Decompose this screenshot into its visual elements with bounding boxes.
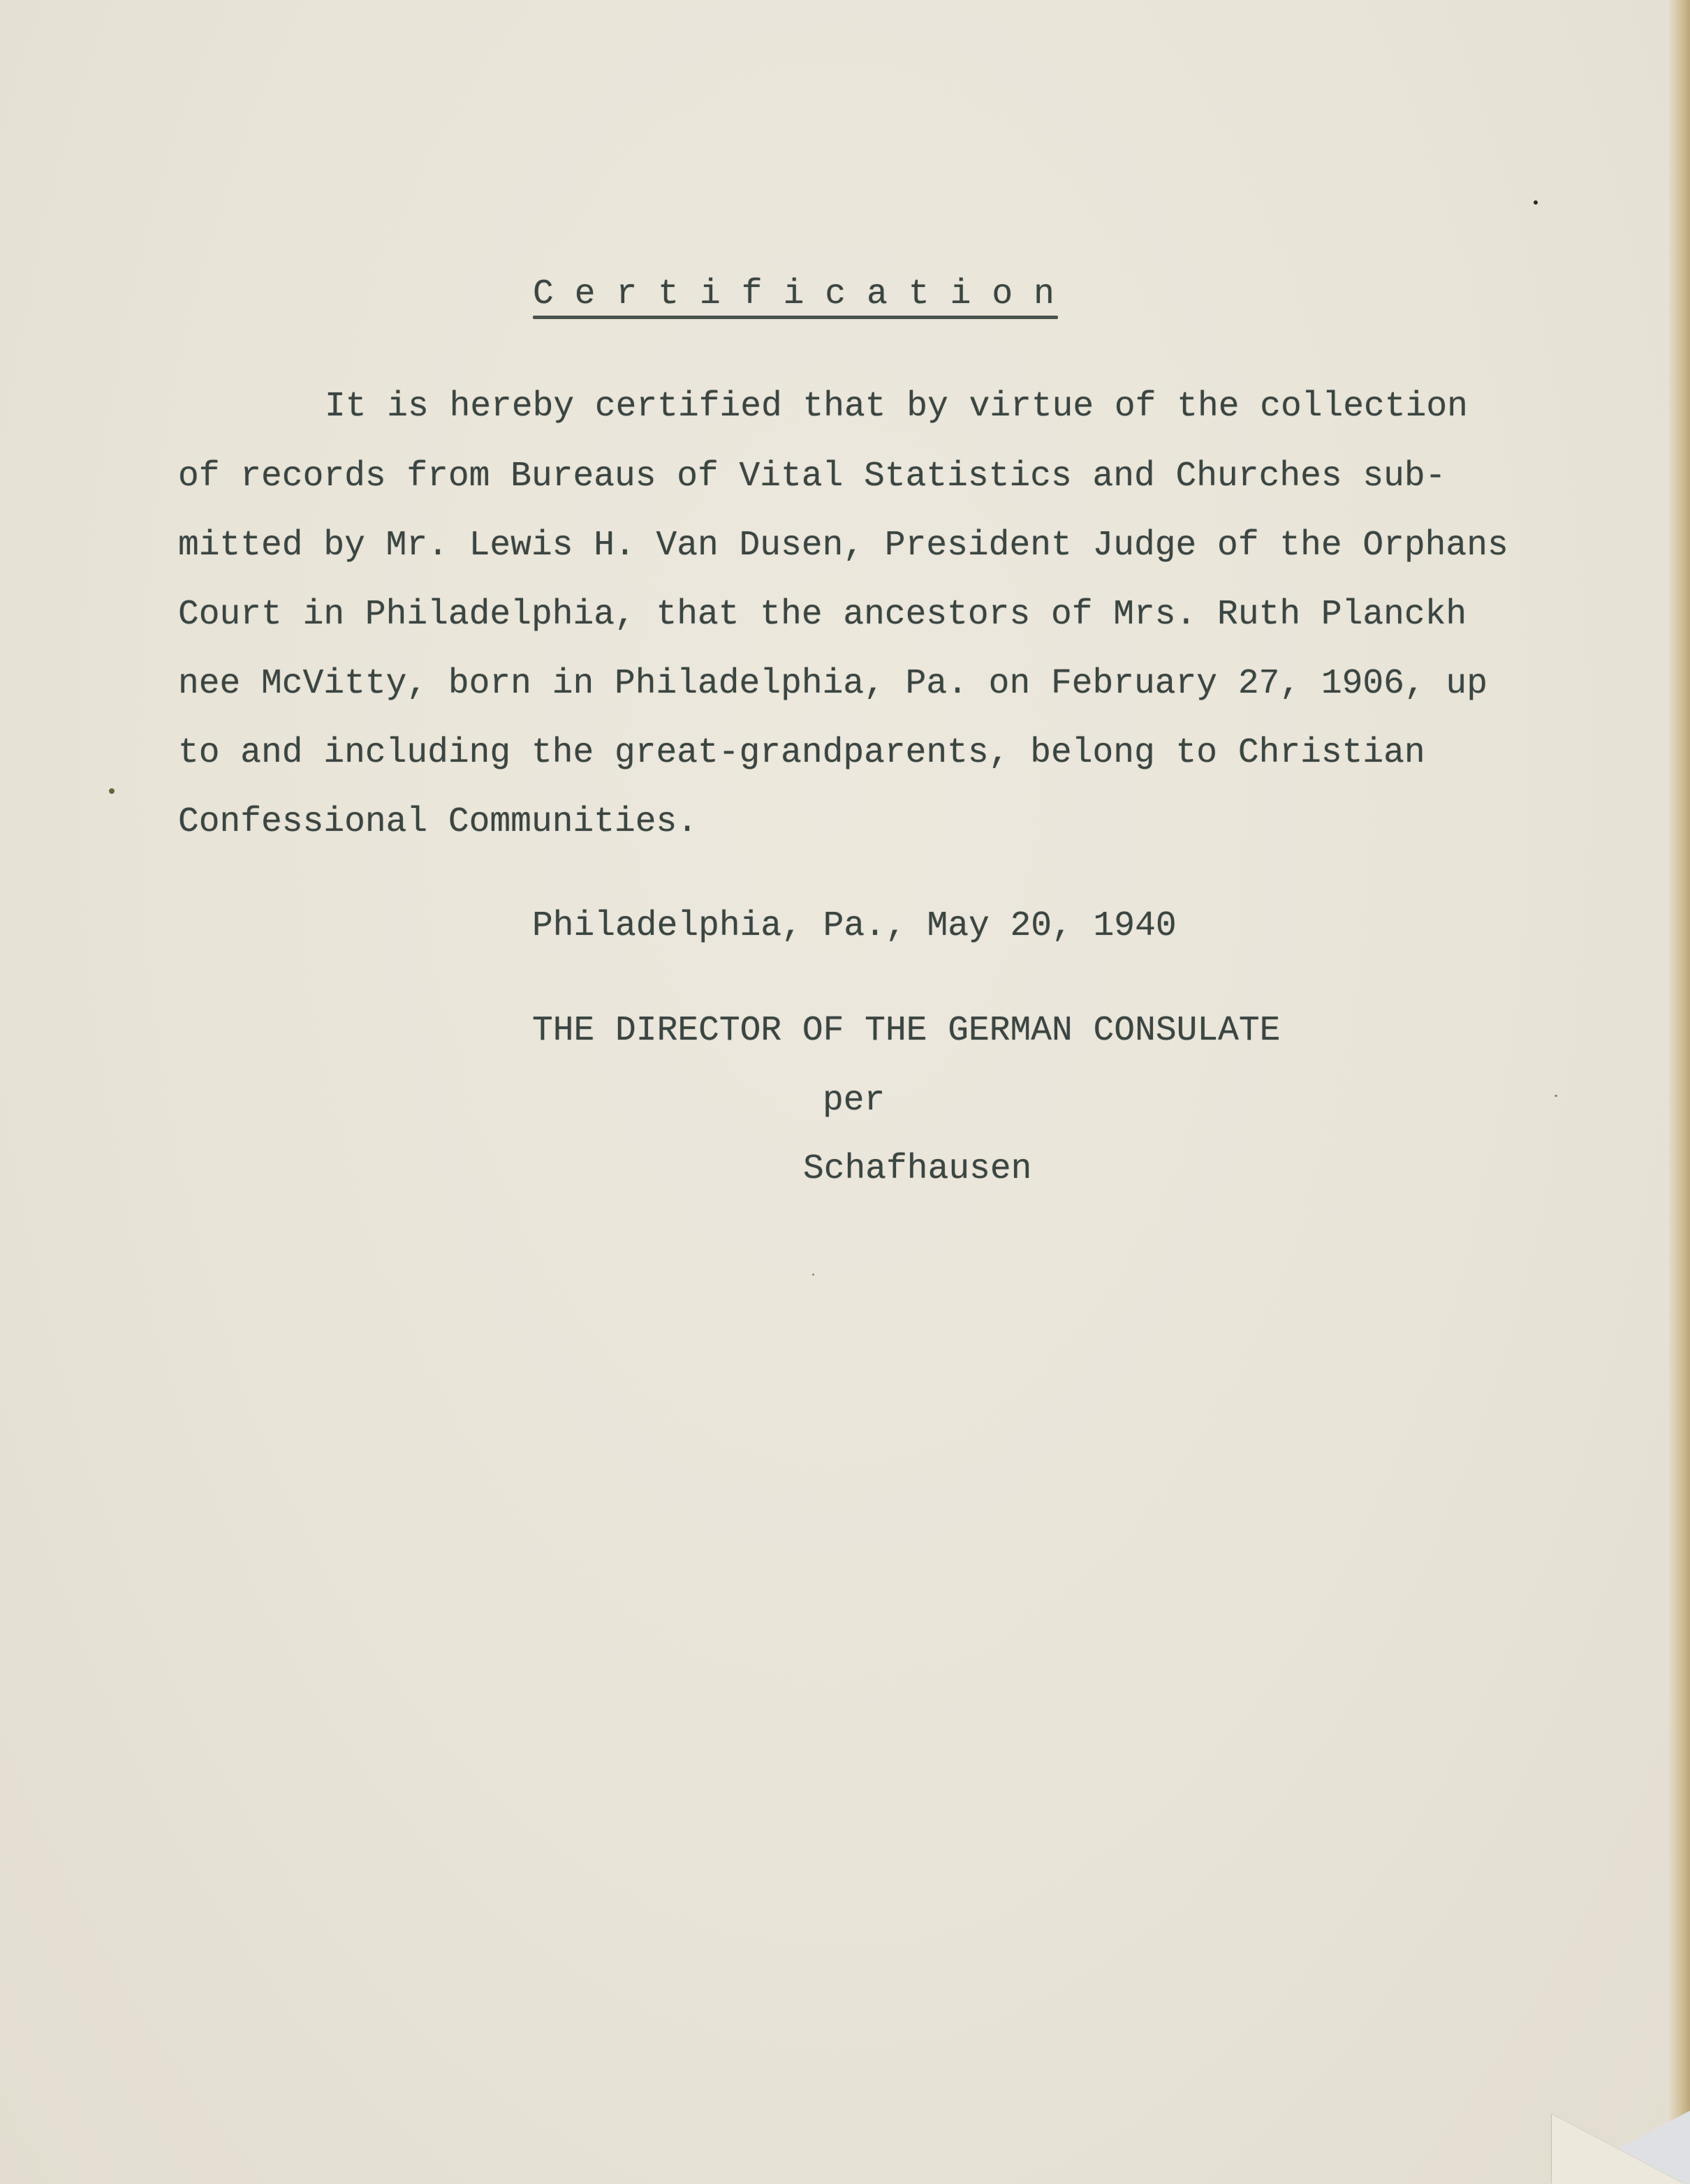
body-line-4: Court in Philadelphia, that the ancestor… <box>178 598 1467 633</box>
body-line-3: mitted by Mr. Lewis H. Van Dusen, Presid… <box>178 529 1508 563</box>
document-title: Certification <box>533 277 1075 312</box>
body-line-7: Confessional Communities. <box>178 805 698 840</box>
signatory-title: THE DIRECTOR OF THE GERMAN CONSULATE <box>532 1014 1280 1049</box>
body-line-1: It is hereby certified that by virtue of… <box>325 390 1468 425</box>
body-line-5: nee McVitty, born in Philadelphia, Pa. o… <box>178 667 1487 702</box>
signatory-name: Schafhausen <box>803 1152 1031 1187</box>
body-line-2: of records from Bureaus of Vital Statist… <box>178 459 1446 494</box>
place-and-date: Philadelphia, Pa., May 20, 1940 <box>532 909 1177 944</box>
ink-speck <box>1534 200 1538 205</box>
ink-speck <box>109 788 115 794</box>
paper-right-edge <box>1669 0 1690 2184</box>
folded-corner <box>1552 2114 1684 2184</box>
title-underline <box>533 316 1058 319</box>
per-label: per <box>823 1084 885 1119</box>
ink-speck <box>1555 1095 1557 1097</box>
ink-speck <box>812 1274 814 1276</box>
body-line-6: to and including the great-grandparents,… <box>178 736 1425 771</box>
